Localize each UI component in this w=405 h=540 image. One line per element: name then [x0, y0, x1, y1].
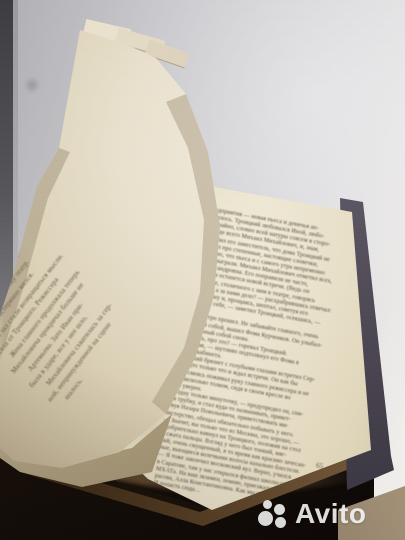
- logo-dot-icon: [258, 511, 273, 526]
- avito-watermark: Avito: [257, 494, 397, 534]
- logo-dot-icon: [274, 504, 285, 515]
- logo-dot-icon: [275, 517, 286, 528]
- photo-open-book: ного предприятия — новая пьеса и девичья…: [0, 0, 405, 540]
- logo-dot-icon: [263, 500, 272, 509]
- avito-brand-text: Avito: [295, 498, 366, 530]
- avito-dots-logo-icon: [257, 499, 291, 533]
- wall-smudge: [24, 76, 40, 94]
